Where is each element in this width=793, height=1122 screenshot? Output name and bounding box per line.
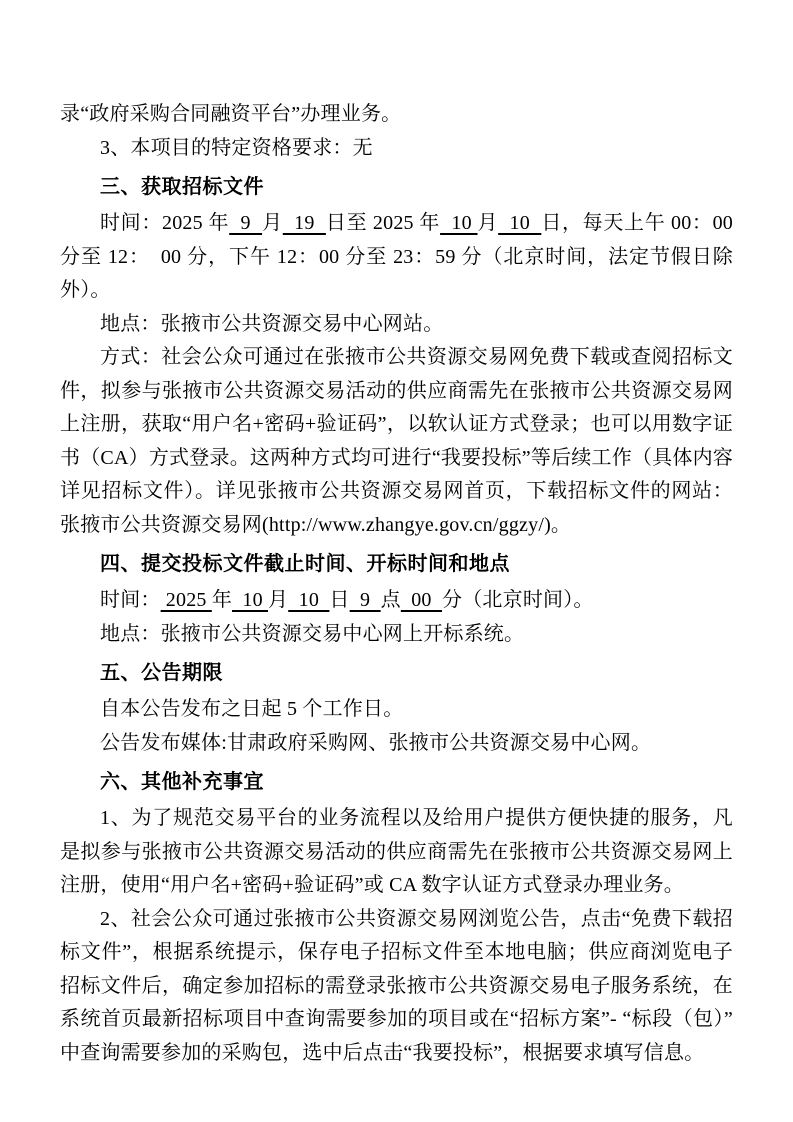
text-run: 分（北京时间）。 (442, 589, 594, 611)
text-run: 地点：张掖市公共资源交易中心网上开标系统。 (100, 623, 524, 645)
underlined-value: 2025 (161, 589, 212, 611)
underlined-value: 00 (401, 589, 442, 611)
underlined-value: 9 (350, 589, 381, 611)
underlined-value: 10 (498, 212, 541, 234)
text-run: 日至 2025 年 (326, 212, 440, 234)
text-run: 自本公告发布之日起 5 个工作日。 (100, 698, 403, 720)
document-body: 录“政府采购合同融资平台”办理业务。3、本项目的特定资格要求：无三、获取招标文件… (60, 98, 733, 1070)
section-6-item1: 1、为了规范交易平台的业务流程以及给用户提供方便快捷的服务，凡是拟参与张掖市公共… (60, 802, 733, 903)
section-3-method: 方式：社会公众可通过在张掖市公共资源交易网免费下载或查阅招标文件，拟参与张掖市公… (60, 341, 733, 542)
text-run: 公告发布媒体:甘肃政府采购网、张掖市公共资源交易中心网。 (100, 732, 651, 754)
text-run: 月 (268, 589, 288, 611)
text-run: 录“政府采购合同融资平台”办理业务。 (60, 103, 401, 125)
underlined-value: 19 (283, 212, 326, 234)
underlined-value: 9 (229, 212, 262, 234)
text-run: 3、本项目的特定资格要求：无 (100, 137, 373, 159)
text-run: 方式：社会公众可通过在张掖市公共资源交易网免费下载或查阅招标文件，拟参与张掖市公… (60, 346, 733, 536)
section-3-heading: 三、获取招标文件 (60, 170, 733, 204)
text-run: 四、提交投标文件截止时间、开标时间和地点 (100, 553, 510, 575)
underlined-value: 10 (440, 212, 477, 234)
underlined-value: 10 (288, 589, 329, 611)
text-run: 月 (478, 212, 499, 234)
section-6-heading: 六、其他补充事宜 (60, 765, 733, 799)
text-run: 日 (329, 589, 349, 611)
underlined-value: 10 (232, 589, 268, 611)
text-run: 时间：2025 年 (100, 212, 229, 234)
section-4-location: 地点：张掖市公共资源交易中心网上开标系统。 (60, 618, 733, 652)
document-page: 录“政府采购合同融资平台”办理业务。3、本项目的特定资格要求：无三、获取招标文件… (0, 0, 793, 1122)
paragraph-item3-qualification: 3、本项目的特定资格要求：无 (60, 132, 733, 166)
section-3-location: 地点：张掖市公共资源交易中心网站。 (60, 308, 733, 342)
text-run: 年 (212, 589, 232, 611)
section-5-media: 公告发布媒体:甘肃政府采购网、张掖市公共资源交易中心网。 (60, 727, 733, 761)
section-5-duration: 自本公告发布之日起 5 个工作日。 (60, 693, 733, 727)
section-6-item2: 2、社会公众可通过张掖市公共资源交易网浏览公告，点击“免费下载招标文件”，根据系… (60, 903, 733, 1071)
text-run: 月 (262, 212, 283, 234)
text-run: 地点：张掖市公共资源交易中心网站。 (100, 313, 443, 335)
text-run: 五、公告期限 (100, 662, 223, 684)
paragraph-login-platform-tail: 录“政府采购合同融资平台”办理业务。 (60, 98, 733, 132)
section-4-time: 时间： 2025 年 10 月 10 日 9 点 00 分（北京时间）。 (60, 584, 733, 618)
text-run: 2、社会公众可通过张掖市公共资源交易网浏览公告，点击“免费下载招标文件”，根据系… (60, 908, 733, 1064)
text-run: 点 (381, 589, 401, 611)
text-run: 六、其他补充事宜 (100, 771, 264, 793)
section-3-time: 时间：2025 年 9 月 19 日至 2025 年 10 月 10 日，每天上… (60, 207, 733, 308)
text-run: 三、获取招标文件 (100, 176, 264, 198)
text-run: 时间： (100, 589, 161, 611)
section-4-heading: 四、提交投标文件截止时间、开标时间和地点 (60, 547, 733, 581)
text-run: 1、为了规范交易平台的业务流程以及给用户提供方便快捷的服务，凡是拟参与张掖市公共… (60, 807, 733, 896)
section-5-heading: 五、公告期限 (60, 656, 733, 690)
